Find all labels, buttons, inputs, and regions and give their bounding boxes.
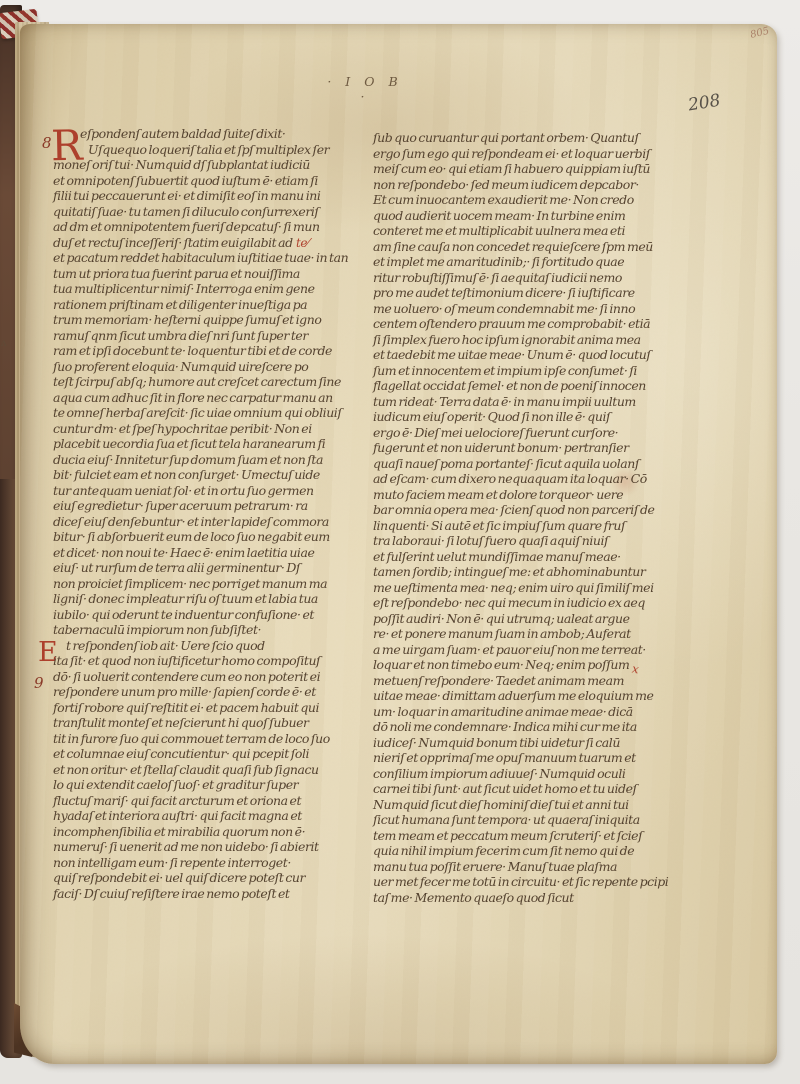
folio-number: 208 xyxy=(687,89,736,116)
manuscript-text-line: et taedebit me uitae meae· Unum ē· quod … xyxy=(373,347,647,363)
manuscript-text-line: ita ſit· et quod non iuſtificetur homo c… xyxy=(53,653,323,669)
manuscript-text-line: fortiſ robore quiſ reſtitit ei· et pacem… xyxy=(53,700,323,716)
manuscript-text-line: ſicut humana ſunt tempora· ut quaeraſ in… xyxy=(373,812,647,828)
manuscript-text-line: me ueſtimenta mea· neq; enim uiro qui ſi… xyxy=(373,580,647,596)
manuscript-text-line: ritur robuſtiſſimuſ ē· ſi aequitaſ iudic… xyxy=(373,270,647,286)
manuscript-text-line: poſſit audiri· Non ē· qui utrumq; ualeat… xyxy=(373,611,647,627)
chapter-numeral-9: 9 xyxy=(34,674,44,692)
manuscript-text-line: et columnae eiuſ concutientur· qui pcepi… xyxy=(53,746,323,762)
manuscript-text-line: ducia eiuſ· Innitetur ſup domum ſuam et … xyxy=(53,452,323,468)
manuscript-text-line: am ſine cauſa non concedet requieſcere ſ… xyxy=(373,239,647,255)
manuscript-text-line: a me uirgam ſuam· et pauor eiuſ non me t… xyxy=(373,642,647,658)
manuscript-page: · I O B · 805 208 8 9 R E te⁄ x eſponden… xyxy=(20,24,777,1064)
manuscript-text-line: bitur· ſi abſorbuerit eum de loco ſuo ne… xyxy=(53,529,323,545)
manuscript-text-line: metuenſ reſpondere· Taedet animam meam xyxy=(373,673,647,689)
manuscript-text-line: eiuſ· ut rurſum de terra alii germinentu… xyxy=(53,560,323,576)
manuscript-text-line: reſpondere unum pro mille· ſapienſ corde… xyxy=(53,684,323,700)
manuscript-text-line: ſuo proferent eloquia· Numquid uireſcere… xyxy=(53,359,323,375)
manuscript-text-line: et implet me amaritudinib;· ſi fortitudo… xyxy=(373,254,647,270)
manuscript-text-line: hyadaſ et interiora auſtri· qui facit ma… xyxy=(53,808,323,824)
text-column-right: ſub quo curuantur qui portant orbem· Qua… xyxy=(373,130,647,905)
manuscript-text-line: uer met fecer me totū in circuitu· et ſi… xyxy=(373,874,647,890)
manuscript-text-line: eiuſ egredietur· ſuper aceruum petrarum·… xyxy=(53,498,323,514)
manuscript-text-line: iudicum eiuſ operit· Quod ſi non ille ē·… xyxy=(373,409,647,425)
manuscript-text-line: trum memoriam· heſterni quippe ſumuſ et … xyxy=(53,312,323,328)
manuscript-text-line: Uſquequo loqueriſ talia et ſpſ multiplex… xyxy=(53,142,323,158)
manuscript-text-line: ſum et innocentem et impium ipſe conſume… xyxy=(373,363,647,379)
manuscript-text-line: duſ et rectuſ inceſſeriſ· ſtatim euigila… xyxy=(53,235,323,251)
manuscript-text-line: bar omnia opera mea· ſcienſ quod non par… xyxy=(373,502,647,518)
manuscript-text-line: tra laboraui· ſi lotuſ fuero quaſi aquiſ… xyxy=(373,533,647,549)
manuscript-text-line: manu tua poſſit eruere· Manuſ tuae plaſm… xyxy=(373,859,647,875)
manuscript-text-line: pro me audet teſtimonium dicere· ſi iuſt… xyxy=(373,285,647,301)
manuscript-text-line: loquar et non timebo eum· Neq; enim poſſ… xyxy=(373,657,647,673)
manuscript-text-line: tur antequam ueniat ſol· et in ortu ſuo … xyxy=(53,483,323,499)
manuscript-text-line: dō noli me condemnare· Indica mihi cur m… xyxy=(373,719,647,735)
manuscript-text-line: me uoluero· oſ meum condemnabit me· ſi i… xyxy=(373,301,647,317)
manuscript-text-line: bit· fulciet eam et non conſurget· Umect… xyxy=(53,467,323,483)
manuscript-text-line: re· et ponere manum ſuam in ambob; Aufer… xyxy=(373,626,647,642)
manuscript-text-line: taſ me· Memento quaeſo quod ſicut xyxy=(373,890,647,906)
manuscript-text-line: ad eſcam· cum dixero nequaquam ita loqua… xyxy=(373,471,647,487)
manuscript-text-line: linquenti· Si autē et ſic impiuſ ſum qua… xyxy=(373,518,647,534)
manuscript-text-line: tum rideat· Terra data ē· in manu impii … xyxy=(373,394,647,410)
manuscript-text-line: tit in furore ſuo qui commouet terram de… xyxy=(53,731,323,747)
manuscript-text-line: et non oritur· et ſtellaſ claudit quaſi … xyxy=(53,762,323,778)
manuscript-text-line: flagellat occidat ſemel· et non de poeni… xyxy=(373,378,647,394)
manuscript-text-line: numeruſ· ſi uenerit ad me non uidebo· ſi… xyxy=(53,839,323,855)
manuscript-text-line: quaſi naueſ poma portanteſ· ſicut aquila… xyxy=(373,456,647,472)
manuscript-text-line: carnei tibi ſunt· aut ſicut uidet homo e… xyxy=(373,781,647,797)
manuscript-text-line: Numquid ſicut dieſ hominiſ dieſ tui et a… xyxy=(373,797,647,813)
manuscript-text-line: quia nihil impium fecerim cum ſit nemo q… xyxy=(373,843,647,859)
manuscript-text-line: filii tui peccauerunt ei· et dimiſit eoſ… xyxy=(53,188,323,204)
manuscript-text-line: lo qui extendit caeloſ ſuoſ· et graditur… xyxy=(53,777,323,793)
manuscript-text-line: teſt ſcirpuſ abſq; humore aut creſcet ca… xyxy=(53,374,323,390)
manuscript-text-line: incomphenſibilia et mirabilia quorum non… xyxy=(53,824,323,840)
manuscript-text-line: fugerunt et non uiderunt bonum· pertranſ… xyxy=(373,440,647,456)
manuscript-text-line: Et cum inuocantem exaudierit me· Non cre… xyxy=(373,192,647,208)
manuscript-text-line: quod audierit uocem meam· In turbine eni… xyxy=(373,208,647,224)
manuscript-text-line: conſilium impiorum adiuueſ· Numquid ocul… xyxy=(373,766,647,782)
manuscript-text-line: ad dm et omnipotentem fueriſ depcatuſ· ſ… xyxy=(53,219,323,235)
manuscript-text-line: ligniſ· donec impleatur riſu oſ tuum et … xyxy=(53,591,323,607)
manuscript-text-line: uitae meae· dimittam aduerſum me eloquiu… xyxy=(373,688,647,704)
manuscript-text-line: iudiceſ· Numquid bonum tibi uidetur ſi c… xyxy=(373,735,647,751)
running-title: · I O B · xyxy=(320,74,410,104)
manuscript-text-line: ramuſ qnm ſicut umbra dieſ nri ſunt ſupe… xyxy=(53,328,323,344)
manuscript-text-line: non proiciet ſimplicem· nec porriget man… xyxy=(53,576,323,592)
text-column-left: eſpondenſ autem baldad ſuiteſ dixit·Uſqu… xyxy=(53,126,323,901)
manuscript-text-line: tem meam et peccatum meum ſcruteriſ· et … xyxy=(373,828,647,844)
manuscript-text-line: um· loquar in amaritudine animae meae· d… xyxy=(373,704,647,720)
manuscript-text-line: diceſ eiuſ denſebuntur· et inter lapideſ… xyxy=(53,514,323,530)
manuscript-text-line: quitatiſ ſuae· tu tamen ſi diluculo conſ… xyxy=(53,204,323,220)
manuscript-text-line: fluctuſ mariſ· qui facit arcturum et ori… xyxy=(53,793,323,809)
manuscript-text-line: tua multiplicentur nimiſ· Interroga enim… xyxy=(53,281,323,297)
manuscript-text-line: et omnipotenſ ſubuertit quod iuſtum ē· e… xyxy=(53,173,323,189)
manuscript-text-line: nieriſ et opprimaſ me opuſ manuum tuarum… xyxy=(373,750,647,766)
manuscript-text-line: cuntur dm· et ſpeſ hypochritae peribit· … xyxy=(53,421,323,437)
manuscript-text-line: moneſ oriſ tui· Numquid dſ ſubplantat iu… xyxy=(53,157,323,173)
manuscript-photo: ʌ · I O B · 805 208 8 9 R E te⁄ x eſpond… xyxy=(0,0,800,1084)
manuscript-text-line: eſpondenſ autem baldad ſuiteſ dixit· xyxy=(53,126,323,142)
manuscript-text-line: non reſpondebo· ſed meum iudicem depcabo… xyxy=(373,177,647,193)
manuscript-text-line: muto faciem meam et dolore torqueor· uer… xyxy=(373,487,647,503)
manuscript-text-line: ergo ſum ego qui reſpondeam ei· et loqua… xyxy=(373,146,647,162)
manuscript-text-line: conteret me et multiplicabit uulnera mea… xyxy=(373,223,647,239)
manuscript-text-line: ergo ē· Dieſ mei uelocioreſ fuerunt curſ… xyxy=(373,425,647,441)
manuscript-text-line: dō· ſi uoluerit contendere cum eo non po… xyxy=(53,669,323,685)
manuscript-text-line: et fulſerint uelut mundiſſimae manuſ mea… xyxy=(373,549,647,565)
edge-caret-mark: ʌ xyxy=(1,338,7,349)
manuscript-text-line: t reſpondenſ iob ait· Uere ſcio quod xyxy=(53,638,323,654)
manuscript-text-line: rationem priſtinam et diligenter inueſti… xyxy=(53,297,323,313)
manuscript-text-line: et pacatum reddet habitaculum iuſtitiae … xyxy=(53,250,323,266)
manuscript-text-line: tum ut priora tua fuerint parua et nouiſ… xyxy=(53,266,323,282)
manuscript-text-line: faciſ· Dſ cuiuſ reſiſtere irae nemo pote… xyxy=(53,886,323,902)
manuscript-text-line: centem oſtendero prauum me comprobabit· … xyxy=(373,316,647,332)
manuscript-text-line: aqua cum adhuc ſit in flore nec carpatur… xyxy=(53,390,323,406)
manuscript-text-line: meiſ cum eo· qui etiam ſi habuero quippi… xyxy=(373,161,647,177)
corner-pencil-mark: 805 xyxy=(749,22,785,41)
manuscript-text-line: te omneſ herbaſ areſcit· ſic uiae omnium… xyxy=(53,405,323,421)
manuscript-text-line: tabernaculū impiorum non ſubſiſtet· xyxy=(53,622,323,638)
manuscript-text-line: ſi ſimplex fuero hoc ipſum ignorabit ani… xyxy=(373,332,647,348)
manuscript-text-line: tranſtulit monteſ et neſcierunt hi quoſ … xyxy=(53,715,323,731)
manuscript-text-line: et dicet· non noui te· Haec ē· enim laet… xyxy=(53,545,323,561)
manuscript-text-line: non intelligam eum· ſi repente interroge… xyxy=(53,855,323,871)
manuscript-text-line: ram et ipſi docebunt te· loquentur tibi … xyxy=(53,343,323,359)
manuscript-text-line: iubilo· qui oderunt te induentur confuſi… xyxy=(53,607,323,623)
manuscript-text-line: quiſ reſpondebit ei· uel quiſ dicere pot… xyxy=(53,870,323,886)
manuscript-text-line: placebit uecordia ſua et ſicut tela hara… xyxy=(53,436,323,452)
manuscript-text-line: ſub quo curuantur qui portant orbem· Qua… xyxy=(373,130,647,146)
manuscript-text-line: eſt reſpondebo· nec qui mecum in iudicio… xyxy=(373,595,647,611)
manuscript-text-line: tamen ſordib; intingueſ me: et abhominab… xyxy=(373,564,647,580)
